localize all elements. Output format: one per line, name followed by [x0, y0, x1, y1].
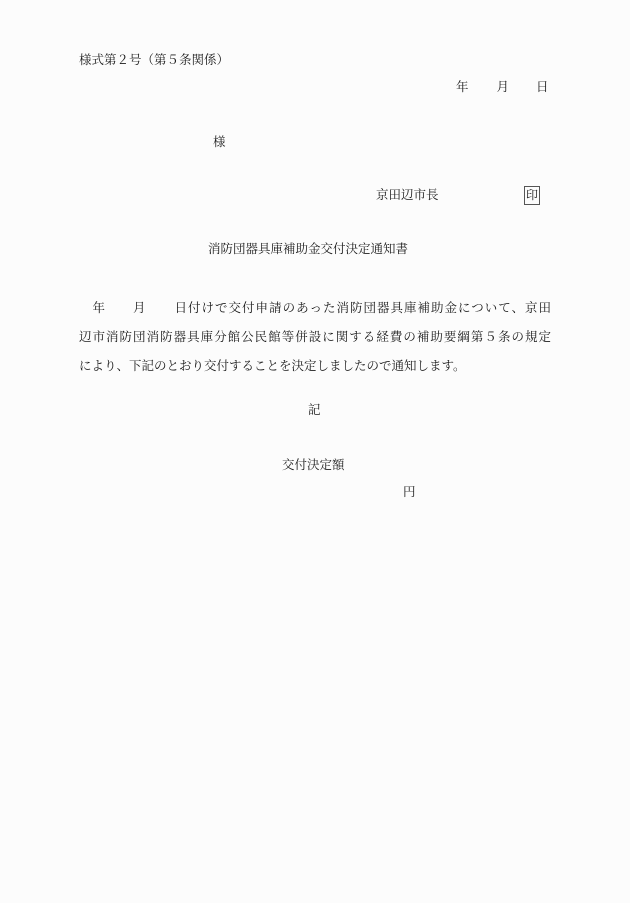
body-month-label: 月	[132, 300, 147, 315]
body-line-2: 辺市消防団消防器具庫分館公民館等併設に関する経費の補助要綱第５条の規定	[79, 322, 551, 351]
date-line: 年月日	[456, 79, 549, 95]
body-year-label: 年	[93, 300, 107, 315]
grant-amount-unit: 円	[403, 484, 416, 500]
grant-amount-label: 交付決定額	[282, 457, 345, 473]
seal-mark: 印	[524, 186, 540, 205]
date-day-label: 日	[536, 79, 549, 95]
ki-heading: 記	[308, 402, 321, 418]
body-line-3: により、下記のとおり交付することを決定しましたので通知します。	[79, 351, 551, 380]
date-year-label: 年	[456, 79, 469, 95]
document-title: 消防団器具庫補助金交付決定通知書	[208, 241, 408, 257]
body-paragraph: 年月日付けで交付申請のあった消防団器具庫補助金について、京田 辺市消防団消防器具…	[79, 293, 551, 380]
date-month-label: 月	[497, 79, 510, 95]
sender-name: 京田辺市長	[376, 187, 439, 203]
addressee-suffix: 様	[213, 134, 226, 150]
form-number-label: 様式第２号（第５条関係）	[79, 52, 229, 68]
body-line-1: 年月日付けで交付申請のあった消防団器具庫補助金について、京田	[79, 293, 551, 322]
